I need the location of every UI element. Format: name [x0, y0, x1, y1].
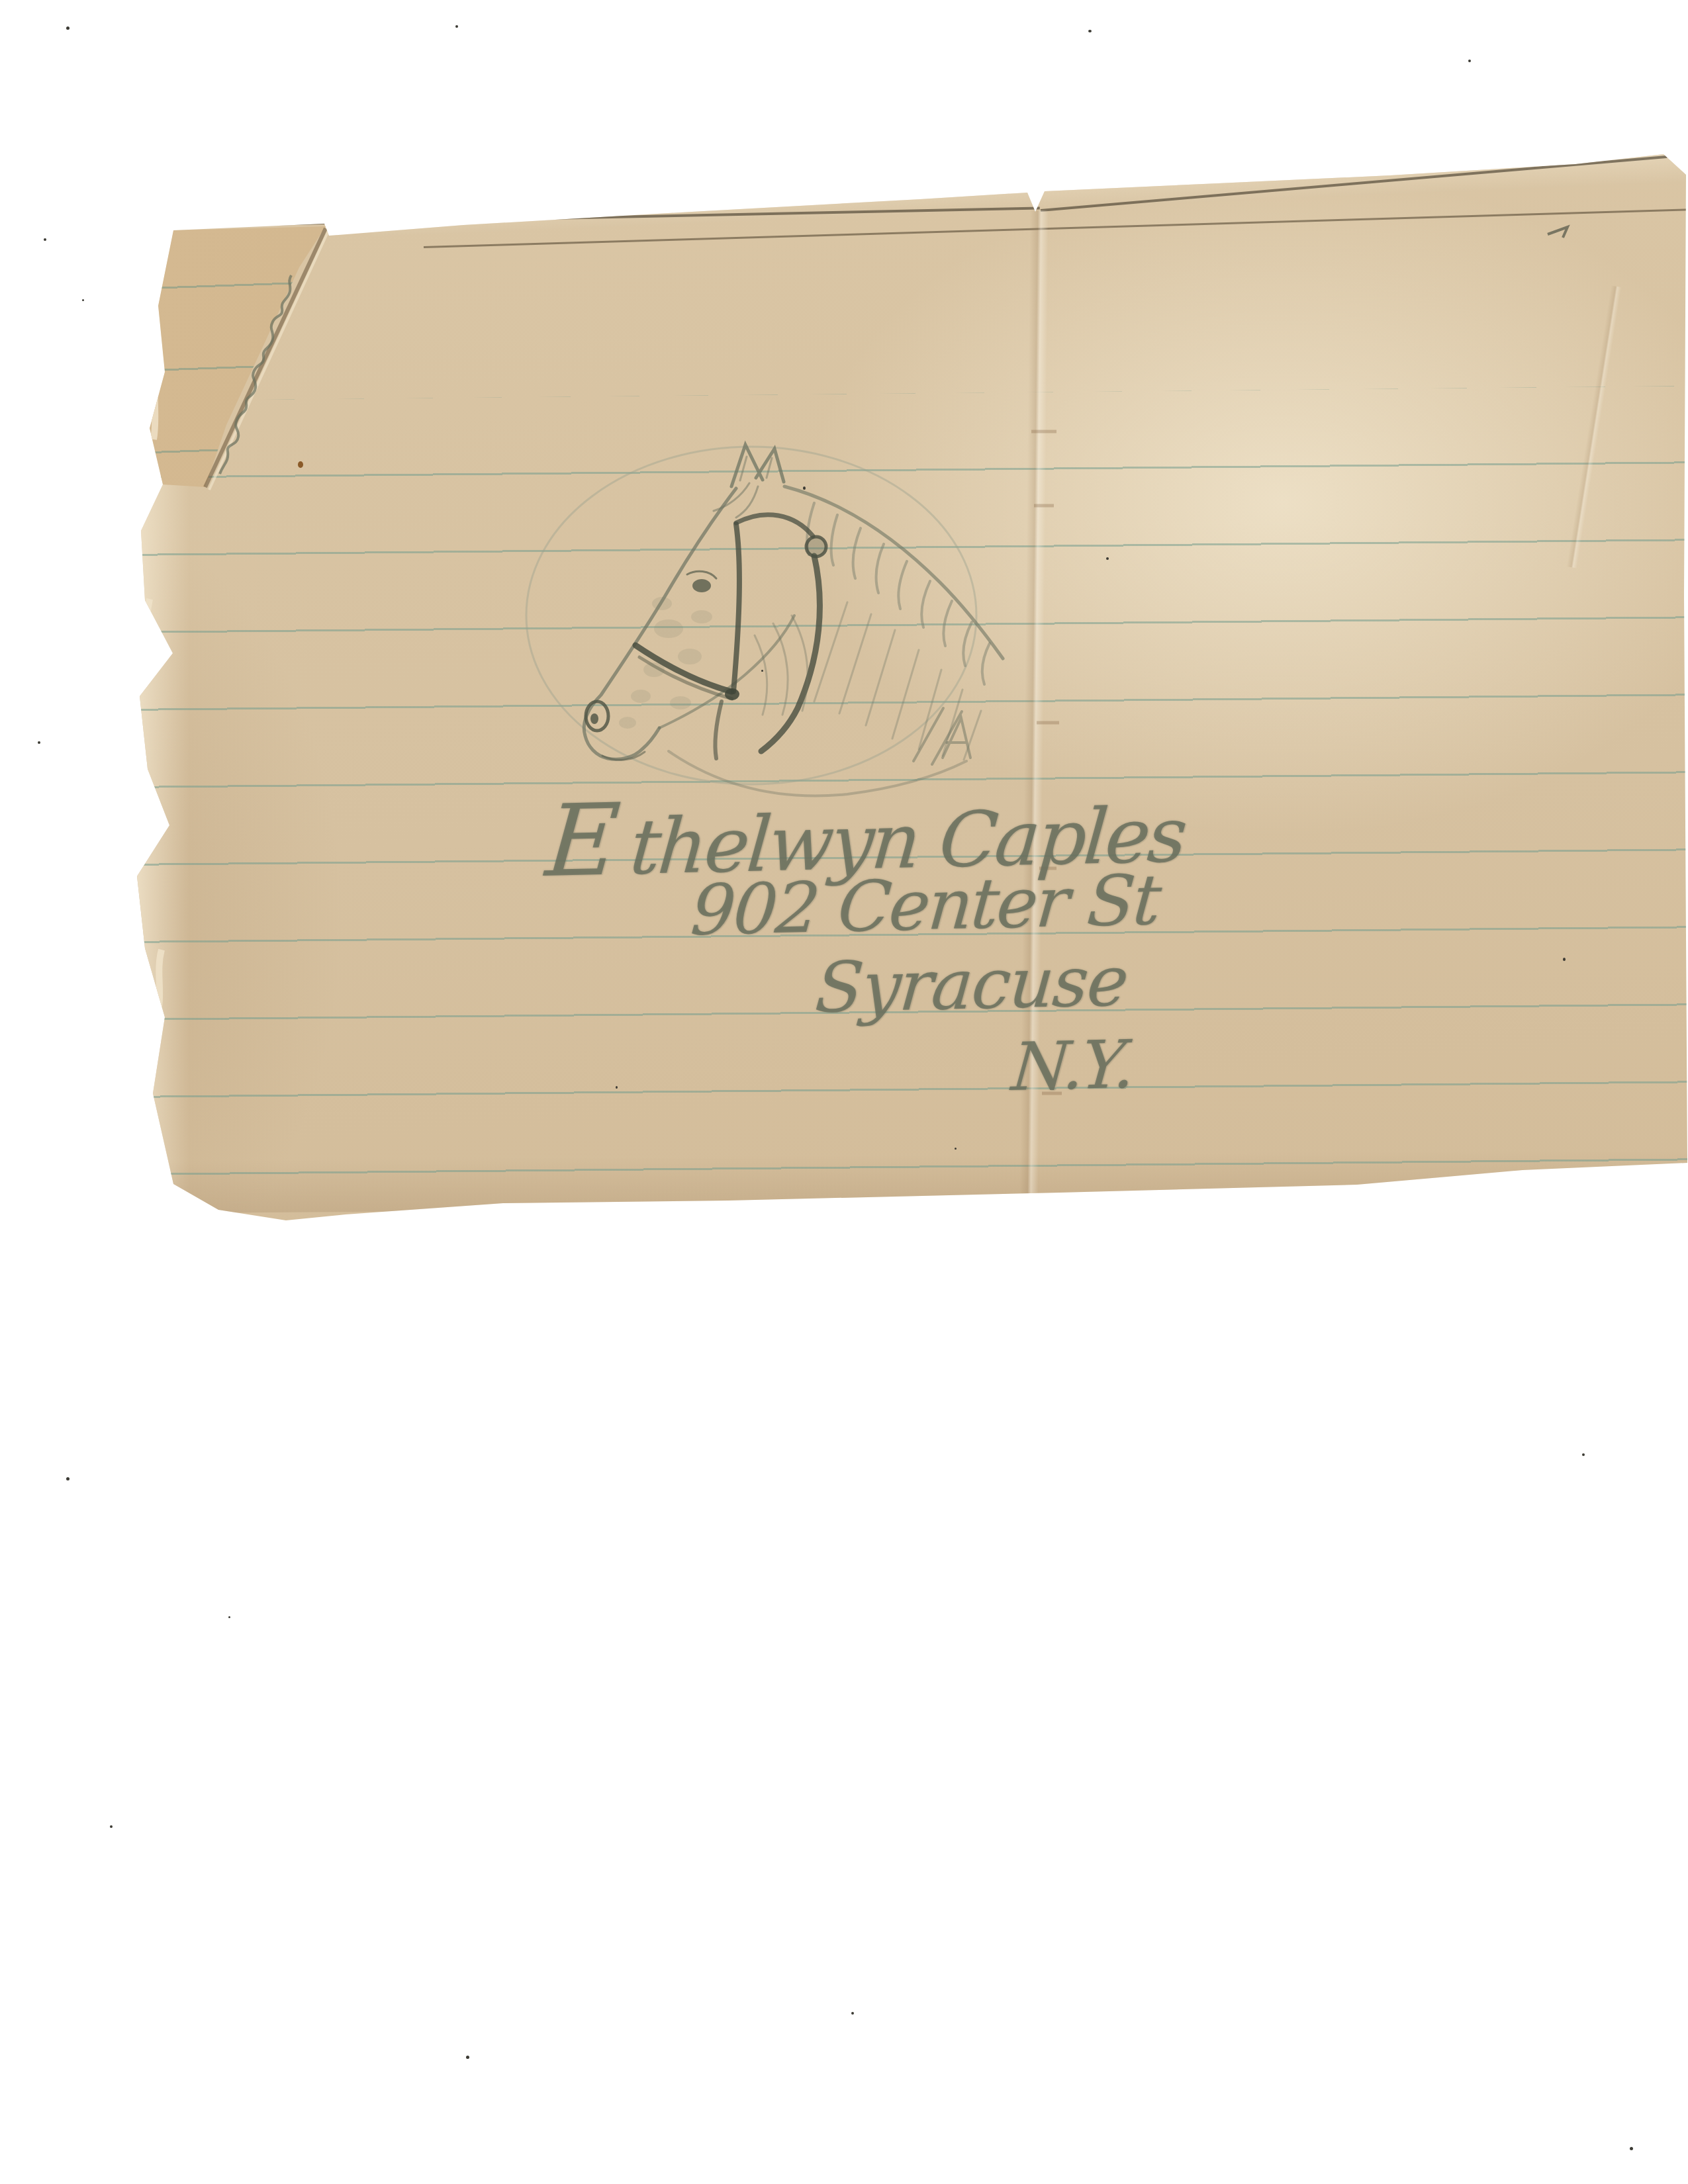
dust-speck	[851, 2012, 854, 2015]
top-fold-strip	[370, 138, 1688, 237]
paper-sheet: Ethelwyn Caples 902 Center St Syracuse N…	[0, 0, 1688, 2184]
dust-speck	[1563, 958, 1566, 961]
dust-speck	[761, 670, 763, 672]
dust-speck	[803, 486, 806, 490]
dust-speck	[66, 1477, 70, 1480]
dust-speck	[38, 741, 40, 744]
handwriting-city: Syracuse	[813, 946, 1130, 1023]
top-fold-crease-line	[424, 208, 1687, 248]
dust-speck	[1468, 60, 1471, 62]
handwriting-state: N.Y.	[1009, 1032, 1135, 1101]
dust-speck	[955, 1148, 957, 1150]
dust-speck	[110, 1825, 113, 1828]
paper-blemish	[298, 461, 303, 468]
dust-speck	[66, 26, 70, 30]
dust-speck	[44, 238, 46, 241]
dust-speck	[1088, 30, 1092, 32]
dust-speck	[466, 2056, 469, 2059]
scan-background: { "page": { "background_color": "#ffffff…	[0, 0, 1688, 2184]
dust-speck	[228, 1616, 230, 1618]
dust-speck	[82, 299, 84, 301]
dust-speck	[1630, 2147, 1633, 2150]
pencil-tick-mark	[1548, 227, 1568, 238]
handwriting-street: 902 Center St	[688, 866, 1162, 946]
dust-speck	[1582, 1453, 1585, 1456]
dust-speck	[1106, 557, 1109, 560]
dust-speck	[616, 1086, 618, 1089]
dust-speck	[455, 25, 458, 28]
